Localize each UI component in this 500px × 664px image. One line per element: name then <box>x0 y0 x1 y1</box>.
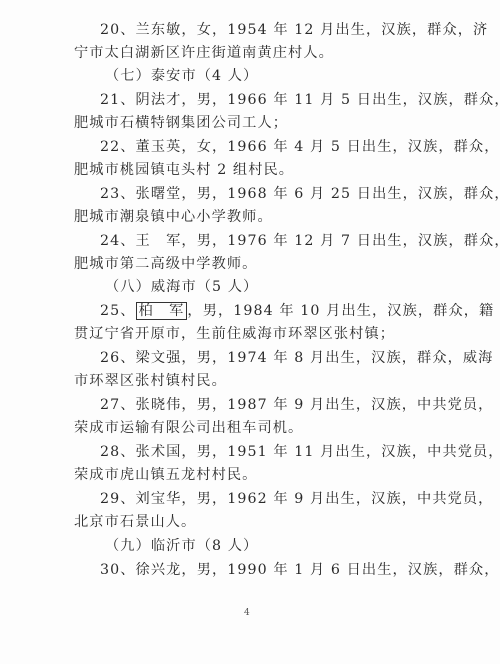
entry-22-line-2: 肥城市桃园镇屯头村 2 组村民。 <box>74 161 294 179</box>
entry-25-line-1: 25、柏 军，男，1984 年 10 月出生，汉族，群众，籍 <box>100 302 494 320</box>
page-number: 4 <box>244 608 250 618</box>
entry-28-line-1: 28、张术国，男，1951 年 11 月出生，汉族，中共党员， <box>100 443 500 461</box>
section-heading-weihai: （八）威海市（5 人） <box>105 278 258 296</box>
entry-20-line-1: 20、兰东敏，女，1954 年 12 月出生，汉族，群众，济 <box>100 21 488 39</box>
entry-25-details: ，男，1984 年 10 月出生，汉族，群众，籍 <box>187 303 494 319</box>
entry-29-line-1: 29、刘宝华，男，1962 年 9 月出生，汉族，中共党员， <box>100 490 493 508</box>
document-page: 20、兰东敏，女，1954 年 12 月出生，汉族，群众，济 宁市太白湖新区许庄… <box>0 0 500 664</box>
highlighted-name-box: 柏 军 <box>136 302 188 320</box>
section-heading-linyi: （九）临沂市（8 人） <box>105 537 258 555</box>
entry-30-line-1: 30、徐兴龙，男，1990 年 1 月 6 日出生，汉族，群众， <box>100 561 500 579</box>
entry-24-line-1: 24、王 军，男，1976 年 12 月 7 日出生，汉族，群众， <box>100 232 500 250</box>
entry-22-line-1: 22、董玉英，女，1966 年 4 月 5 日出生，汉族，群众， <box>100 138 500 156</box>
entry-26-line-2: 市环翠区张村镇村民。 <box>74 372 227 390</box>
entry-25-line-2: 贯辽宁省开原市，生前住威海市环翠区张村镇； <box>74 325 395 343</box>
entry-23-line-2: 肥城市潮泉镇中心小学教师。 <box>74 208 273 226</box>
entry-20-line-2: 宁市太白湖新区许庄街道南黄庄村人。 <box>74 44 334 62</box>
section-heading-taian: （七）泰安市（4 人） <box>105 67 258 85</box>
entry-29-line-2: 北京市石景山人。 <box>74 513 196 531</box>
entry-28-line-2: 荣成市虎山镇五龙村村民。 <box>74 466 257 484</box>
entry-24-line-2: 肥城市第二高级中学教师。 <box>74 255 257 273</box>
entry-25-number: 25、 <box>100 303 136 319</box>
entry-21-line-1: 21、阴法才，男，1966 年 11 月 5 日出生，汉族，群众， <box>100 91 500 109</box>
entry-26-line-1: 26、梁文强，男，1974 年 8 月出生，汉族，群众，威海 <box>100 349 493 367</box>
entry-27-line-2: 荣成市运输有限公司出租车司机。 <box>74 419 303 437</box>
entry-27-line-1: 27、张晓伟，男，1987 年 9 月出生，汉族，中共党员， <box>100 396 493 414</box>
entry-21-line-2: 肥城市石横特钢集团公司工人； <box>74 114 288 132</box>
entry-23-line-1: 23、张曙堂，男，1968 年 6 月 25 日出生，汉族，群众， <box>100 185 500 203</box>
